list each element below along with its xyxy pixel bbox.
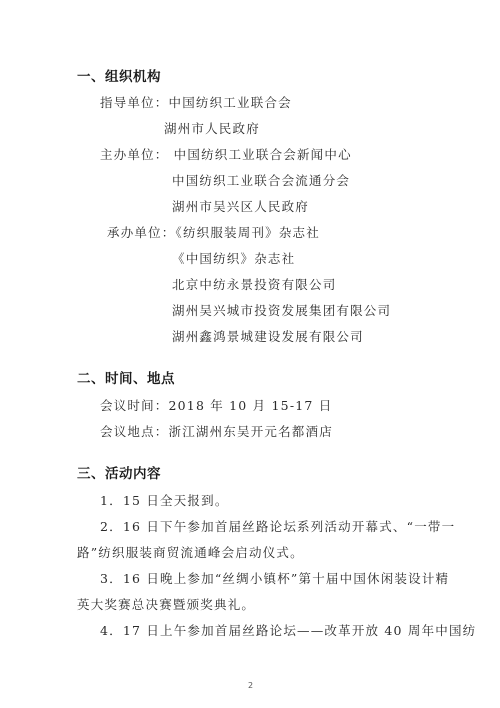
organizer-unit-line: 北京中纺永景投资有限公司: [172, 277, 336, 293]
activity-item-continued: 路”纺织服装商贸流通峰会启动仪式。: [77, 545, 304, 561]
meeting-time: 会议时间：2018 年 10 月 15-17 日: [100, 398, 332, 414]
organizer-unit-line: 承办单位：《纺织服装周刊》杂志社: [107, 225, 320, 241]
activity-item: 4．17 日上午参加首届丝路论坛——改革开放 40 周年中国纺: [100, 623, 476, 639]
activity-item: 2．16 日下午参加首届丝路论坛系列活动开幕式、“一带一: [100, 519, 455, 535]
activity-item: 3．16 日晚上参加“丝绸小镇杯”第十届中国休闲装设计精: [100, 571, 449, 587]
page-number: 2: [248, 681, 253, 690]
organizer-unit-line: 湖州鑫鸿景城建设发展有限公司: [172, 329, 364, 345]
activity-item: 1．15 日全天报到。: [100, 493, 229, 509]
section-heading-time-place: 二、时间、地点: [77, 371, 175, 387]
organizer-unit-line: 《中国纺织》杂志社: [172, 251, 295, 267]
section-heading-activities: 三、活动内容: [77, 466, 161, 482]
guidance-unit-line: 指导单位：中国纺织工业联合会: [100, 95, 292, 111]
meeting-place: 会议地点：浙江湖州东吴开元名都酒店: [100, 424, 333, 440]
activity-item-continued: 英大奖赛总决赛暨颁奖典礼。: [77, 597, 255, 613]
section-heading-organization: 一、组织机构: [77, 69, 161, 85]
organizer-unit-line: 湖州吴兴城市投资发展集团有限公司: [172, 303, 391, 319]
host-unit-line: 中国纺织工业联合会流通分会: [172, 173, 350, 189]
host-unit-line: 湖州市吴兴区人民政府: [172, 199, 309, 215]
guidance-unit-line: 湖州市人民政府: [164, 121, 260, 137]
host-unit-line: 主办单位： 中国纺织工业联合会新闻中心: [100, 147, 352, 163]
